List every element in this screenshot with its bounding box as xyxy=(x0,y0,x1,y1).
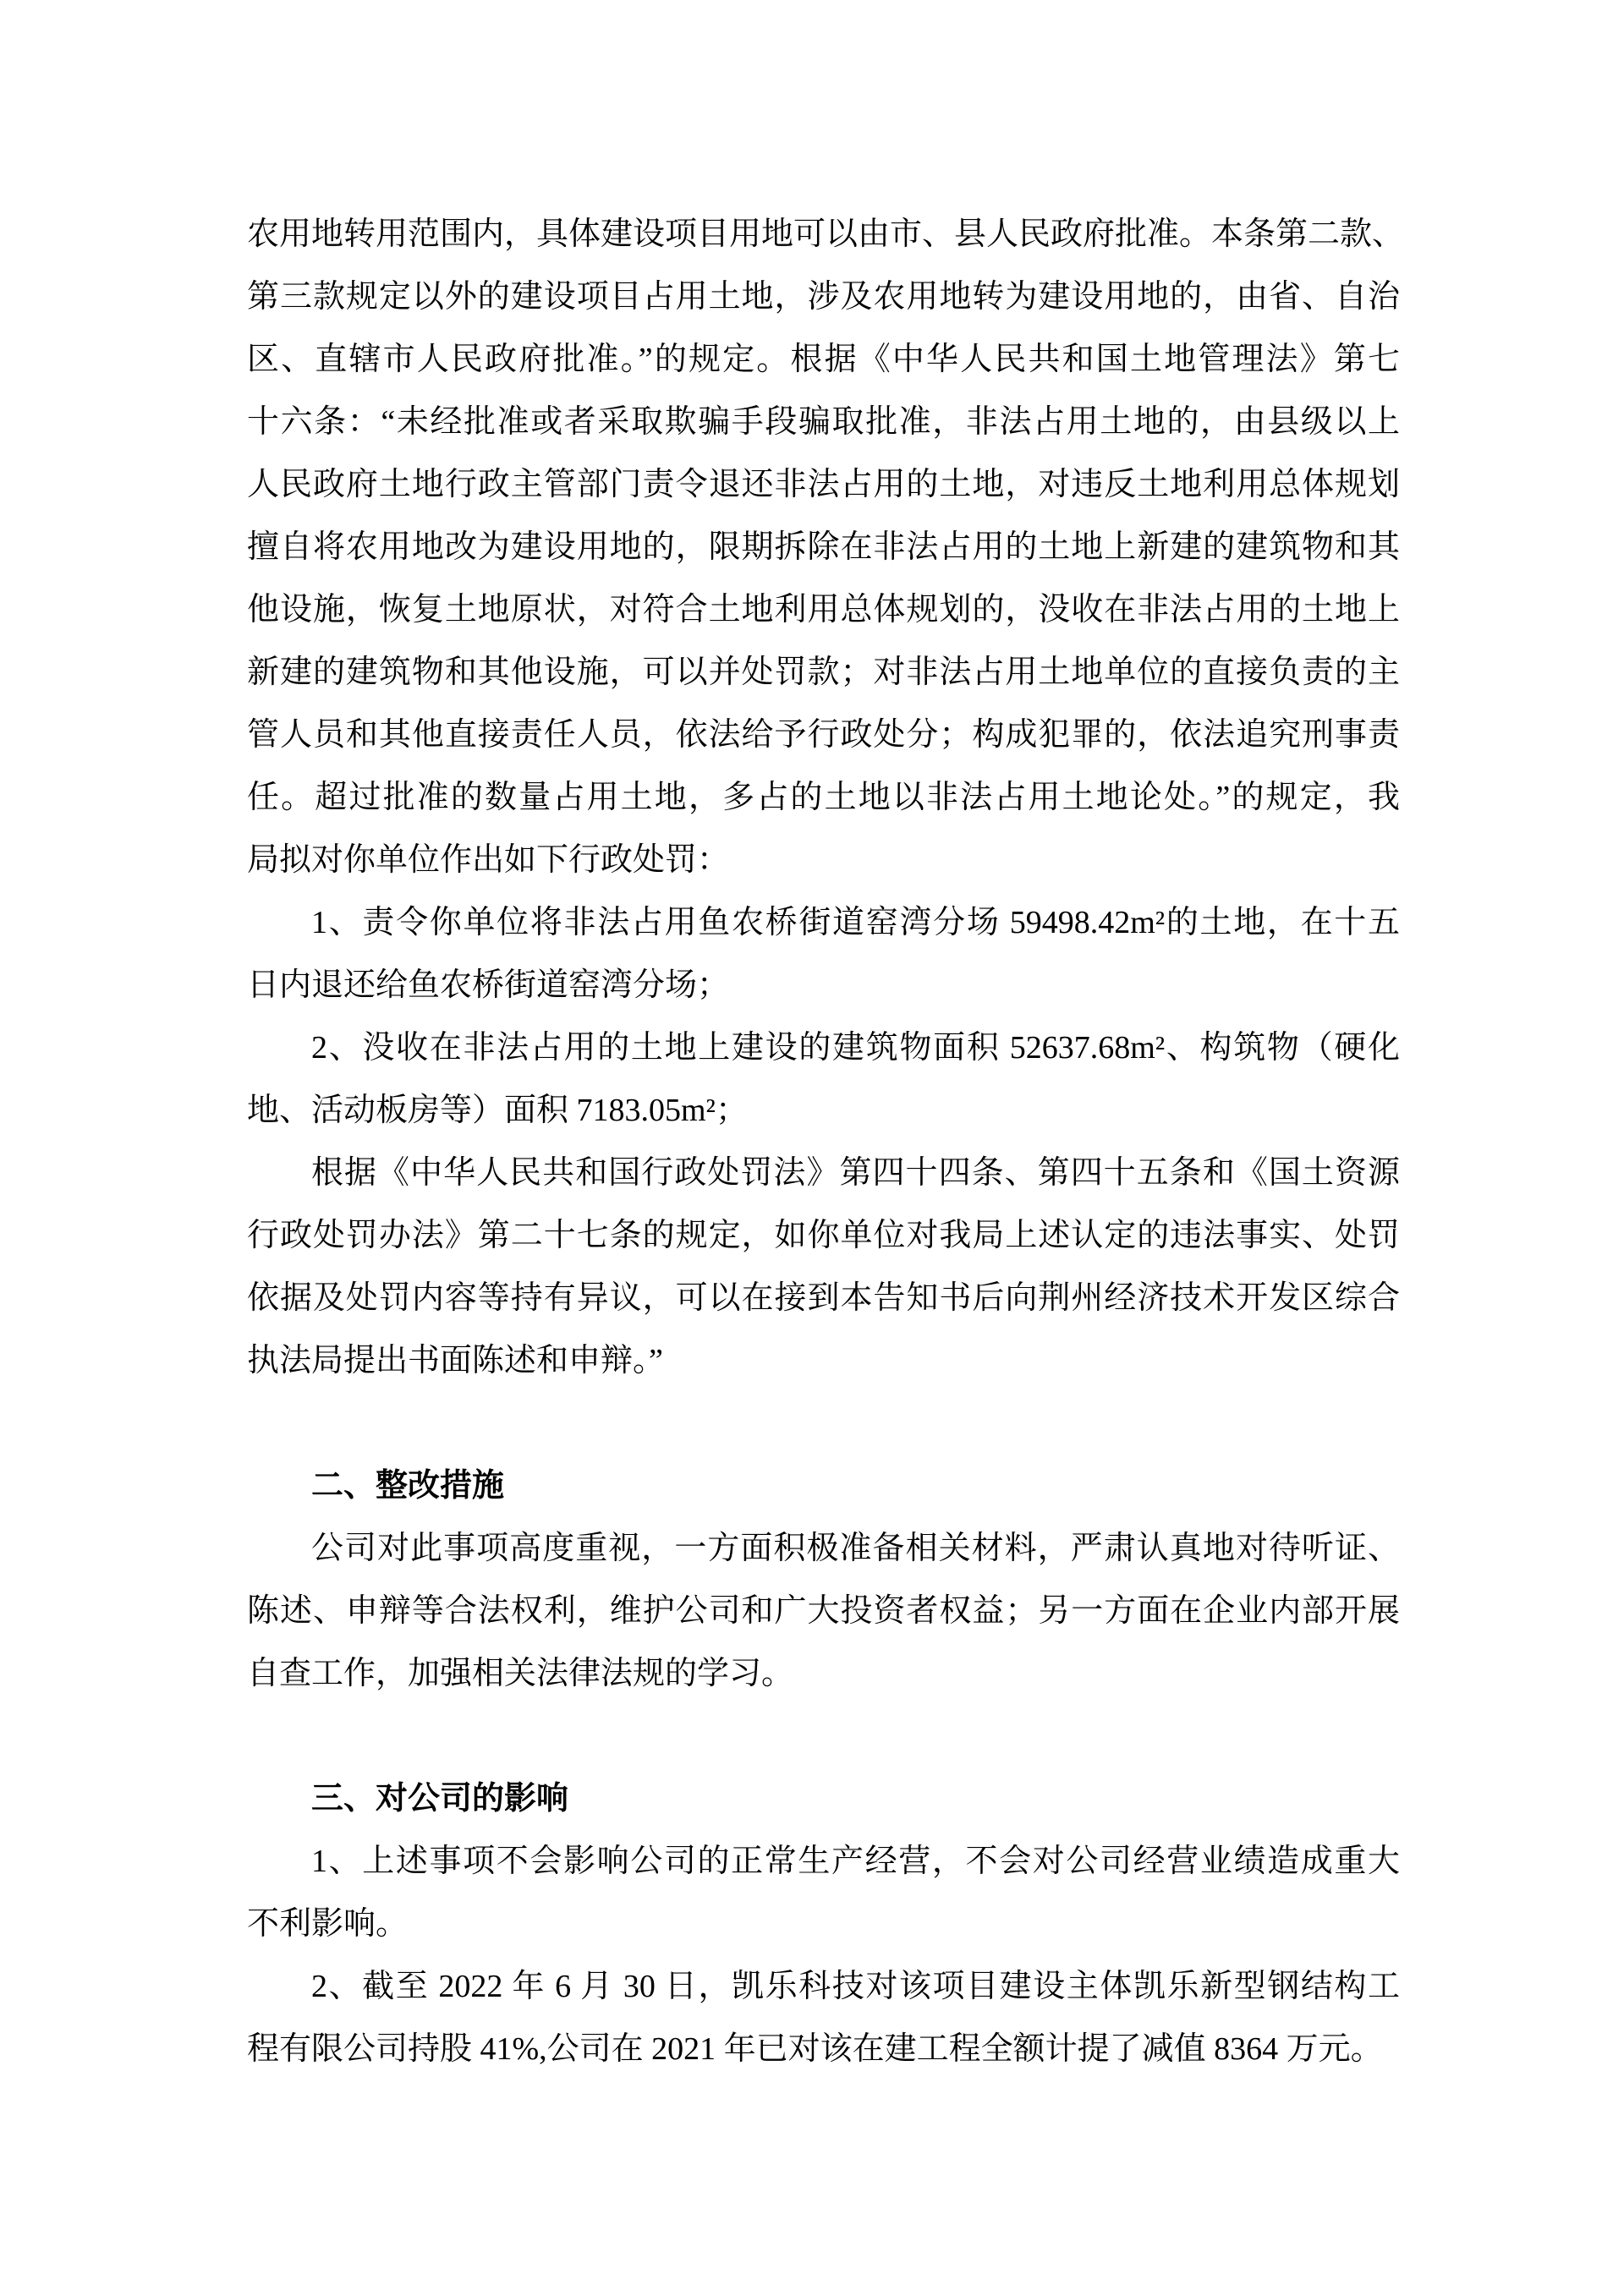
list-item-line: 程有限公司持股 41%,公司在 2021 年已对该在建工程全额计提了减值 836… xyxy=(247,2018,1400,2080)
list-item-line: 2、截至 2022 年 6 月 30 日，凯乐科技对该项目建设主体凯乐新型钢结构… xyxy=(247,1955,1400,2018)
list-item-line: 日内退还给鱼农桥街道窑湾分场； xyxy=(247,954,1400,1016)
paragraph-line: 任。超过批准的数量占用土地，多占的土地以非法占用土地论处。”的规定，我 xyxy=(247,766,1400,829)
paragraph-line: 执法局提出书面陈述和申辩。” xyxy=(247,1329,1400,1392)
blank-line xyxy=(247,1392,1400,1455)
paragraph-line: 依据及处罚内容等持有异议，可以在接到本告知书后向荆州经济技术开发区综合 xyxy=(247,1267,1400,1329)
paragraph-line: 农用地转用范围内，具体建设项目用地可以由市、县人民政府批准。本条第二款、 xyxy=(247,203,1400,266)
paragraph-line: 陈述、申辩等合法权利，维护公司和广大投资者权益；另一方面在企业内部开展 xyxy=(247,1580,1400,1642)
paragraph-line: 擅自将农用地改为建设用地的，限期拆除在非法占用的土地上新建的建筑物和其 xyxy=(247,516,1400,578)
list-item-line: 2、没收在非法占用的土地上建设的建筑物面积 52637.68m²、构筑物（硬化 xyxy=(247,1016,1400,1079)
paragraph-line: 十六条：“未经批准或者采取欺骗手段骗取批准，非法占用土地的，由县级以上 xyxy=(247,391,1400,453)
document-body: 农用地转用范围内，具体建设项目用地可以由市、县人民政府批准。本条第二款、 第三款… xyxy=(247,203,1400,2080)
paragraph-line: 区、直辖市人民政府批准。”的规定。根据《中华人民共和国土地管理法》第七 xyxy=(247,328,1400,391)
list-item-line: 1、上述事项不会影响公司的正常生产经营，不会对公司经营业绩造成重大 xyxy=(247,1830,1400,1893)
paragraph-line: 新建的建筑物和其他设施，可以并处罚款；对非法占用土地单位的直接负责的主 xyxy=(247,641,1400,704)
list-item-line: 1、责令你单位将非法占用鱼农桥街道窑湾分场 59498.42m²的土地，在十五 xyxy=(247,891,1400,954)
paragraph-line: 他设施，恢复土地原状，对符合土地利用总体规划的，没收在非法占用的土地上 xyxy=(247,578,1400,641)
document-page: 农用地转用范围内，具体建设项目用地可以由市、县人民政府批准。本条第二款、 第三款… xyxy=(0,0,1624,2296)
section-heading-rectification: 二、整改措施 xyxy=(247,1455,1400,1517)
list-item-line: 不利影响。 xyxy=(247,1893,1400,1955)
paragraph-line: 公司对此事项高度重视，一方面积极准备相关材料，严肃认真地对待听证、 xyxy=(247,1517,1400,1580)
paragraph-line: 管人员和其他直接责任人员，依法给予行政处分；构成犯罪的，依法追究刑事责 xyxy=(247,704,1400,766)
section-heading-impact: 三、对公司的影响 xyxy=(247,1767,1400,1830)
paragraph-line: 自查工作，加强相关法律法规的学习。 xyxy=(247,1642,1400,1705)
paragraph-line: 行政处罚办法》第二十七条的规定，如你单位对我局上述认定的违法事实、处罚 xyxy=(247,1204,1400,1267)
paragraph-line: 人民政府土地行政主管部门责令退还非法占用的土地，对违反土地利用总体规划 xyxy=(247,453,1400,516)
paragraph-line: 第三款规定以外的建设项目占用土地，涉及农用地转为建设用地的，由省、自治 xyxy=(247,266,1400,328)
list-item-line: 地、活动板房等）面积 7183.05m²； xyxy=(247,1079,1400,1142)
paragraph-line: 根据《中华人民共和国行政处罚法》第四十四条、第四十五条和《国土资源 xyxy=(247,1142,1400,1204)
blank-line xyxy=(247,1705,1400,1767)
paragraph-line: 局拟对你单位作出如下行政处罚： xyxy=(247,829,1400,891)
